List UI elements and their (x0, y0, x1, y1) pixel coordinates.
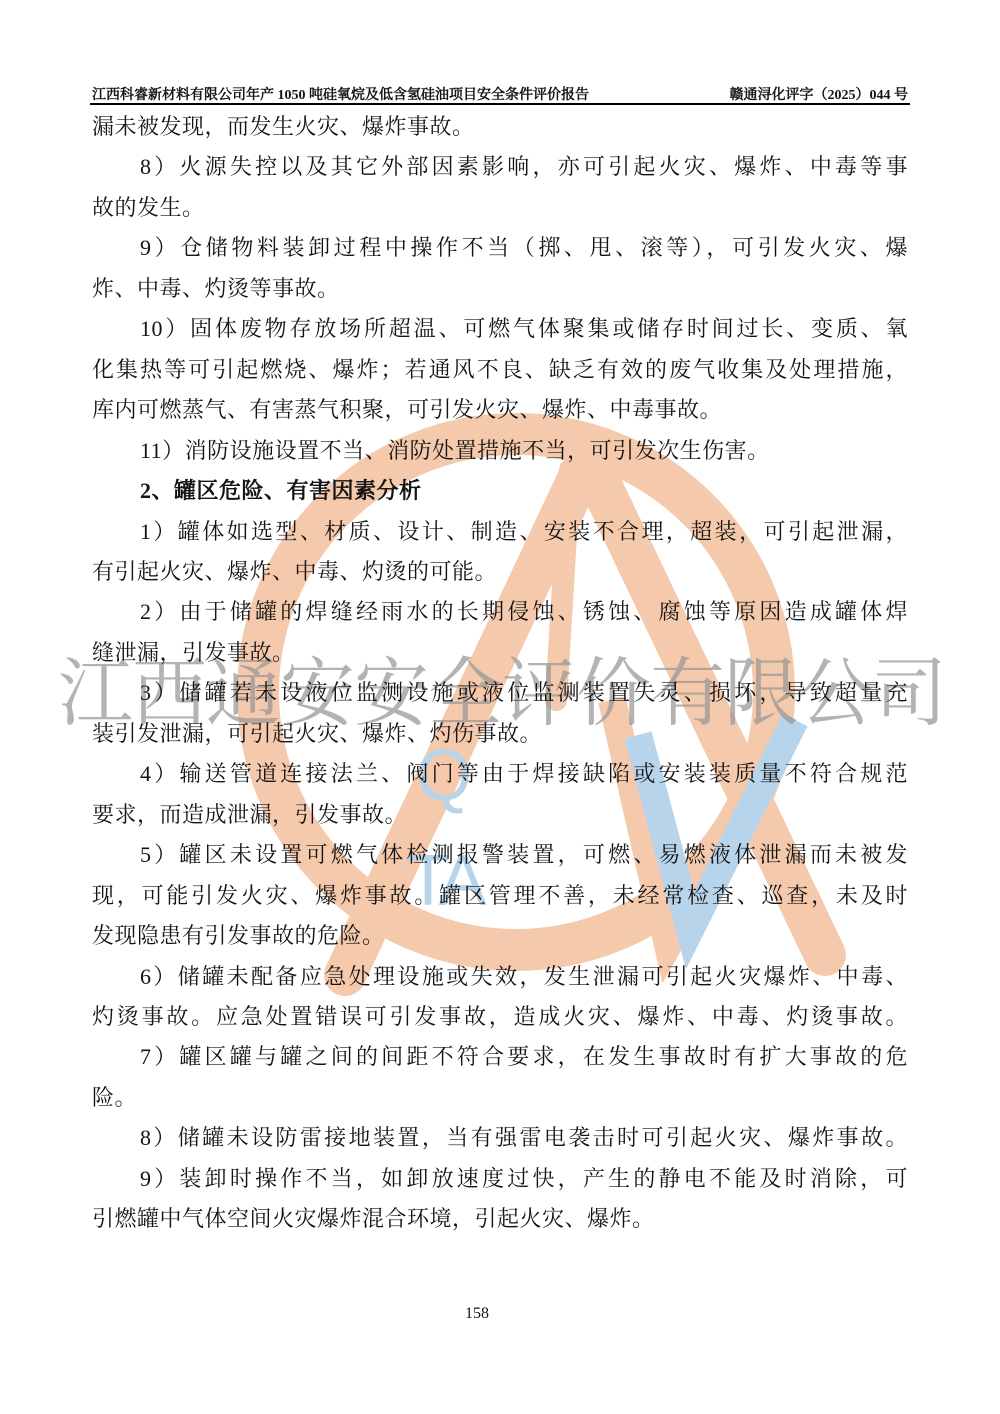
page-number: 158 (437, 1305, 517, 1323)
body-line: 现，可能引发火灾、爆炸事故。罐区管理不善，未经常检查、巡查，未及时 (92, 876, 908, 916)
body-line: 装引发泄漏，可引起火灾、爆炸、灼伤事故。 (92, 714, 908, 754)
body-line: 要求，而造成泄漏，引发事故。 (92, 795, 908, 835)
body-line: 化集热等可引起燃烧、爆炸；若通风不良、缺乏有效的废气收集及处理措施， (92, 350, 908, 390)
header-doc-number: 赣通浔化评字（2025）044 号 (730, 84, 909, 104)
body-line: 1）罐体如选型、材质、设计、制造、安装不合理，超装，可引起泄漏， (92, 512, 908, 552)
section-heading: 2、罐区危险、有害因素分析 (92, 471, 908, 511)
body-line: 7）罐区罐与罐之间的间距不符合要求，在发生事故时有扩大事故的危 (92, 1037, 908, 1077)
body-line: 8）火源失控以及其它外部因素影响，亦可引起火灾、爆炸、中毒等事 (92, 147, 908, 187)
body-line: 8）储罐未设防雷接地装置，当有强雷电袭击时可引起火灾、爆炸事故。 (92, 1118, 908, 1158)
document-page: 江西科睿新材料有限公司年产 1050 吨硅氧烷及低含氢硅油项目安全条件评价报告 … (0, 0, 1000, 1414)
body-line: 9）仓储物料装卸过程中操作不当（掷、甩、滚等），可引发火灾、爆 (92, 228, 908, 268)
body-text: 漏未被发现，而发生火灾、爆炸事故。8）火源失控以及其它外部因素影响，亦可引起火灾… (92, 107, 908, 1240)
body-line: 4）输送管道连接法兰、阀门等由于焊接缺陷或安装装质量不符合规范 (92, 754, 908, 794)
body-line: 9）装卸时操作不当，如卸放速度过快，产生的静电不能及时消除，可 (92, 1159, 908, 1199)
body-line: 炸、中毒、灼烫等事故。 (92, 269, 908, 309)
body-line: 故的发生。 (92, 188, 908, 228)
body-line: 缝泄漏，引发事故。 (92, 633, 908, 673)
body-line: 10）固体废物存放场所超温、可燃气体聚集或储存时间过长、变质、氧 (92, 309, 908, 349)
body-line: 库内可燃蒸气、有害蒸气积聚，可引发火灾、爆炸、中毒事故。 (92, 390, 908, 430)
body-line: 11）消防设施设置不当、消防处置措施不当，可引发次生伤害。 (92, 431, 908, 471)
body-line: 引燃罐中气体空间火灾爆炸混合环境，引起火灾、爆炸。 (92, 1199, 908, 1239)
body-line: 险。 (92, 1078, 908, 1118)
body-line: 灼烫事故。应急处置错误可引发事故，造成火灾、爆炸、中毒、灼烫事故。 (92, 997, 908, 1037)
header-report-title: 江西科睿新材料有限公司年产 1050 吨硅氧烷及低含氢硅油项目安全条件评价报告 (92, 84, 589, 104)
body-line: 发现隐患有引发事故的危险。 (92, 916, 908, 956)
body-line: 6）储罐未配备应急处理设施或失效，发生泄漏可引起火灾爆炸、中毒、 (92, 957, 908, 997)
header-rule-divider (90, 103, 910, 105)
body-line: 3）储罐若未设液位监测设施或液位监测装置失灵、损坏，导致超量充 (92, 673, 908, 713)
body-line: 2）由于储罐的焊缝经雨水的长期侵蚀、锈蚀、腐蚀等原因造成罐体焊 (92, 592, 908, 632)
body-line: 有引起火灾、爆炸、中毒、灼烫的可能。 (92, 552, 908, 592)
body-line: 5）罐区未设置可燃气体检测报警装置，可燃、易燃液体泄漏而未被发 (92, 835, 908, 875)
body-line: 漏未被发现，而发生火灾、爆炸事故。 (92, 107, 908, 147)
